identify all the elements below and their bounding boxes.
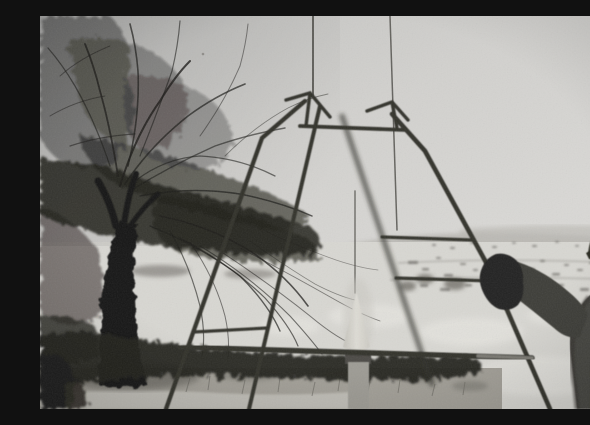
photograph: Black-and-white winter photograph: a man… xyxy=(40,16,590,409)
film-grain-overlay xyxy=(40,16,590,409)
photo-canvas: Black-and-white winter photograph: a man… xyxy=(40,16,590,409)
